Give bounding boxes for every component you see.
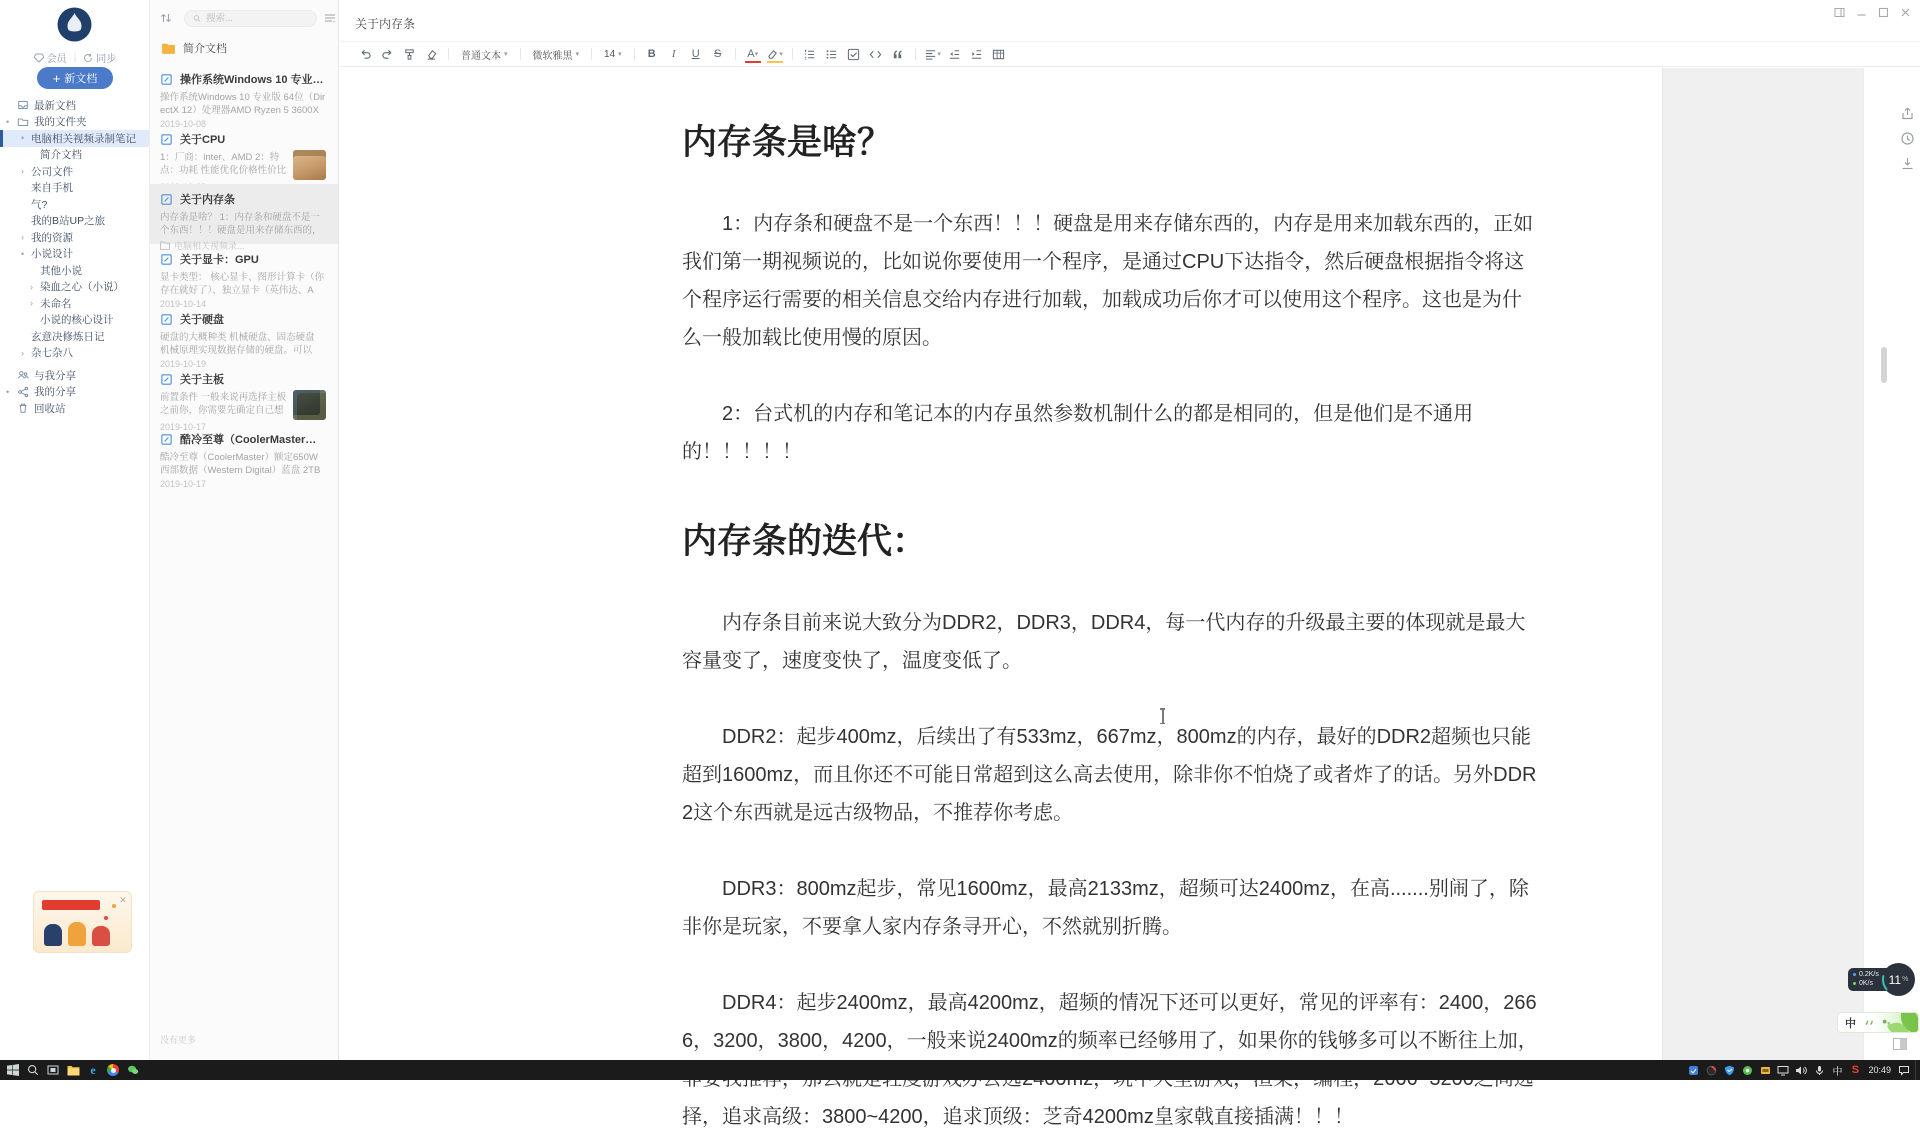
chevron-right-icon[interactable]: ›	[30, 298, 33, 308]
chevron-right-icon[interactable]: ›	[30, 282, 33, 292]
plus-icon: +	[53, 72, 61, 85]
tray-green-app-icon[interactable]	[1740, 1063, 1754, 1077]
inbox-icon	[17, 99, 29, 111]
usage-arc-icon	[1882, 963, 1915, 996]
undo-button[interactable]	[356, 45, 374, 63]
share-document-icon[interactable]	[1900, 106, 1915, 121]
doc-paragraph: DDR3：800mz起步，常见1600mz，最高2133mz，超频可达2400m…	[682, 870, 1538, 946]
chevron-down-icon: ▾	[618, 50, 622, 58]
search-icon	[193, 14, 201, 23]
document-page[interactable]: 内存条是啥？ 1：内存条和硬盘不是一个东西！！！硬盘是用来存储东西的，内存是用来…	[340, 68, 1662, 1060]
chevron-down-icon: ▾	[779, 50, 783, 58]
diamond-icon	[34, 53, 44, 63]
note-item-windows[interactable]: 操作系统Windows 10 专业版 64位（Dire... 操作系统Windo…	[150, 64, 338, 124]
expander-icon[interactable]: •	[21, 133, 24, 143]
chevron-right-icon[interactable]: ›	[21, 232, 24, 242]
list-footer: 没有更多	[160, 1033, 196, 1046]
tray-security-shield-icon[interactable]	[1722, 1063, 1736, 1077]
sidebar-item-bloodstained-heart[interactable]: › 染血之心（小说）	[0, 279, 149, 296]
chevron-down-icon: ▾	[576, 50, 580, 58]
note-item-cpu[interactable]: 关于CPU 1：厂商：inter、AMD 2：特点：功耗 性能优化价格性价比 i…	[150, 124, 338, 184]
people-icon	[17, 369, 29, 381]
volume-icon[interactable]	[1794, 1063, 1808, 1077]
sidebar-item-novel-core-design[interactable]: 小说的核心设计	[0, 312, 149, 329]
tray-yellow-app-icon[interactable]	[1758, 1063, 1772, 1077]
folder-icon	[162, 43, 175, 54]
ime-mode-button[interactable]: 中	[1845, 1015, 1856, 1031]
sidebar-item-qi[interactable]: 气?	[0, 196, 149, 213]
sidebar-item-my-folders[interactable]: • 我的文件夹	[0, 114, 149, 131]
divider	[915, 48, 916, 60]
upload-speed: 0.2K/s	[1859, 971, 1879, 978]
code-icon[interactable]	[867, 45, 885, 63]
italic-button[interactable]: I	[665, 45, 683, 63]
wechat-icon[interactable]	[126, 1063, 141, 1078]
note-list-toolbar	[150, 9, 338, 27]
quote-icon[interactable]	[889, 45, 907, 63]
sidebar-item-my-resources[interactable]: › 我的资源	[0, 229, 149, 246]
account-bar: 会员 | 同步	[0, 50, 150, 65]
member-button[interactable]: 会员	[34, 50, 67, 65]
search-input[interactable]	[206, 13, 308, 24]
note-item-gpu[interactable]: 关于显卡：GPU 显卡类型： 核心显卡、图形计算卡（你存在就好了）、独立显卡（英…	[150, 244, 338, 304]
folder-icon	[17, 116, 29, 128]
edge-browser-icon[interactable]: e	[86, 1063, 101, 1078]
promo-confetti	[112, 904, 116, 908]
tray-app-blue-icon[interactable]	[1686, 1063, 1700, 1077]
ime-punctuation-icon[interactable]	[1863, 1017, 1874, 1028]
start-button[interactable]	[6, 1063, 21, 1078]
layout-icon[interactable]	[1833, 6, 1846, 19]
doc-paragraph: 2：台式机的内存和笔记本的内存虽然参数机制什么的都是相同的，但是他们是不通用的！…	[682, 395, 1538, 471]
sidebar-item-shared-with-me[interactable]: 与我分享	[0, 367, 149, 384]
table-icon[interactable]	[990, 45, 1008, 63]
expander-icon[interactable]: •	[21, 249, 24, 259]
divider	[591, 48, 592, 60]
document-title: 关于内存条	[355, 15, 415, 32]
chevron-down-icon: ▾	[504, 50, 508, 58]
sidebar-item-computer-video-notes[interactable]: • 电脑相关视频录制笔记	[0, 130, 149, 147]
new-document-label: 新文档	[64, 70, 97, 86]
sogou-input-icon[interactable]: S	[1848, 1063, 1862, 1077]
promo-banner[interactable]: ✕	[33, 891, 132, 953]
expander-icon[interactable]: •	[6, 117, 9, 127]
ordered-list-icon[interactable]	[801, 45, 819, 63]
chevron-right-icon[interactable]: ›	[21, 348, 24, 358]
promo-character	[92, 926, 110, 946]
sidebar-item-intro-docs[interactable]: 简介文档	[0, 147, 149, 164]
editor-toolbar: 普通文本 ▾ 微软雅黑 ▾ 14 ▾ B I U S A▾ ▾ ▾	[340, 42, 1920, 67]
promo-character	[44, 924, 62, 946]
doc-paragraph: 内存条目前来说大致分为DDR2，DDR3，DDR4，每一代内存的升级最主要的体现…	[682, 604, 1538, 680]
taskbar-clock[interactable]: 20:49	[1868, 1065, 1891, 1075]
tray-player-icon[interactable]	[1704, 1063, 1718, 1077]
promo-ribbon	[42, 900, 100, 910]
close-icon[interactable]: ✕	[118, 895, 128, 905]
note-list-panel: 简介文档 操作系统Windows 10 专业版 64位（Dire... 操作系统…	[150, 0, 339, 1060]
note-icon	[160, 433, 173, 446]
bold-button[interactable]: B	[643, 45, 661, 63]
sidebar-item-bilibili-up[interactable]: 我的B站UP之旅	[0, 213, 149, 230]
divider	[448, 48, 449, 60]
chevron-down-icon: ▾	[755, 50, 759, 58]
export-icon[interactable]	[1900, 156, 1915, 171]
maximize-icon[interactable]	[1877, 6, 1890, 19]
member-label: 会员	[47, 50, 67, 65]
note-item-motherboard[interactable]: 关于主板 前置条件 一般来说再选择主板之前你，你需要先确定自己想要使用哪个牌子.…	[150, 364, 338, 424]
doc-paragraph: DDR2：起步400mz，后续出了有533mz，667mz，800mz的内存，最…	[682, 718, 1538, 832]
doc-heading-ram-generations: 内存条的迭代：	[682, 517, 1538, 566]
file-explorer-icon[interactable]	[66, 1063, 81, 1078]
doc-heading-what-is-ram: 内存条是啥？	[682, 118, 1538, 167]
note-icon	[160, 373, 173, 386]
format-painter-icon[interactable]	[400, 45, 418, 63]
scrollbar-thumb[interactable]	[1881, 347, 1887, 383]
promo-character	[68, 922, 86, 946]
divider: |	[74, 52, 77, 63]
divider	[520, 48, 521, 60]
minimize-icon[interactable]	[1855, 6, 1868, 19]
ime-toolbar[interactable]: 中	[1837, 1012, 1919, 1033]
sidebar-item-novel-design[interactable]: • 小说设计	[0, 246, 149, 263]
align-icon[interactable]: ▾	[924, 45, 942, 63]
action-center-icon[interactable]	[1897, 1063, 1911, 1077]
note-thumbnail-motherboard	[293, 390, 326, 420]
ime-panel-toggle-icon[interactable]	[1893, 1038, 1907, 1050]
note-icon	[160, 253, 173, 266]
download-dot-icon	[1853, 982, 1856, 985]
share-icon	[17, 386, 29, 398]
sidebar-item-trash[interactable]: 回收站	[0, 400, 149, 417]
paragraph-style-select[interactable]: 普通文本 ▾	[457, 45, 512, 63]
strikethrough-button[interactable]: S	[709, 45, 727, 63]
chevron-right-icon[interactable]: ›	[21, 166, 24, 176]
editor-background	[1662, 68, 1863, 1060]
sidebar-nav: 最新文档 • 我的文件夹 • 电脑相关视频录制笔记 简介文档 › 公司文件 来自…	[0, 97, 149, 417]
ime-language-indicator[interactable]: 中	[1830, 1063, 1844, 1077]
app-logo-icon	[56, 6, 93, 43]
sync-button[interactable]: 同步	[83, 50, 116, 65]
font-color-button[interactable]: A▾	[744, 45, 762, 63]
tray-display-icon[interactable]	[1776, 1063, 1790, 1077]
chrome-browser-icon[interactable]	[106, 1063, 121, 1078]
download-speed: 0K/s	[1859, 980, 1873, 987]
font-family-select[interactable]: 微软雅黑 ▾	[529, 45, 584, 63]
task-view-icon[interactable]	[46, 1063, 61, 1078]
list-options-icon[interactable]	[323, 11, 337, 25]
divider	[735, 48, 736, 60]
right-tool-strip	[1863, 68, 1920, 1060]
clear-format-icon[interactable]	[422, 45, 440, 63]
folder-row-intro-docs[interactable]: 简介文档	[162, 40, 227, 56]
note-item-ram-selected[interactable]: 关于内存条 内存条是啥？ 1：内存条和硬盘不是一个东西！！！硬盘是用来存储东西的…	[150, 184, 338, 244]
upload-dot-icon	[1853, 973, 1856, 976]
redo-button[interactable]	[378, 45, 396, 63]
search-box[interactable]	[184, 10, 317, 27]
sync-icon	[83, 53, 93, 63]
divider	[634, 48, 635, 60]
note-item-hdd[interactable]: 关于硬盘 硬盘的大概种类 机械硬盘、固态硬盘 机械原理实现数据存储的硬盘。可以理…	[150, 304, 338, 364]
note-item-psu[interactable]: 酷冷至尊（CoolerMaster）额定650W 酷冷至尊（CoolerMast…	[150, 424, 338, 484]
show-desktop-button[interactable]	[1915, 1060, 1920, 1080]
note-icon	[160, 133, 173, 146]
note-icon	[160, 193, 173, 206]
indent-icon[interactable]	[968, 45, 986, 63]
sync-label: 同步	[96, 50, 116, 65]
note-thumbnail-cpu-box	[293, 150, 326, 180]
sidebar-item-recent-docs[interactable]: 最新文档	[0, 97, 149, 114]
doc-paragraph: 1：内存条和硬盘不是一个东西！！！硬盘是用来存储东西的，内存是用来加载东西的，正…	[682, 205, 1538, 357]
divider	[792, 48, 793, 60]
document-titlebar: 关于内存条	[340, 0, 1920, 42]
checklist-icon[interactable]	[845, 45, 863, 63]
bullet-list-icon[interactable]	[823, 45, 841, 63]
sort-icon[interactable]	[159, 11, 173, 25]
editor-panel: 关于内存条 普通文本 ▾ 微软雅黑 ▾ 14 ▾ B I U S	[340, 0, 1920, 1060]
note-icon	[160, 313, 173, 326]
expander-icon[interactable]: •	[6, 387, 9, 397]
document-content[interactable]: 内存条是啥？ 1：内存条和硬盘不是一个东西！！！硬盘是用来存储东西的，内存是用来…	[682, 68, 1538, 1080]
sidebar-item-unnamed[interactable]: › 未命名	[0, 295, 149, 312]
close-icon[interactable]	[1899, 6, 1912, 19]
usage-overlay[interactable]: 11%	[1882, 963, 1915, 996]
font-size-select[interactable]: 14 ▾	[600, 45, 626, 63]
search-icon[interactable]	[26, 1063, 41, 1078]
note-icon	[160, 73, 173, 86]
sidebar: 会员 | 同步 + 新文档 最新文档 • 我的文件夹 • 电脑相关视频录制笔记 …	[0, 0, 150, 1060]
microphone-icon[interactable]	[1812, 1063, 1826, 1077]
outdent-icon[interactable]	[946, 45, 964, 63]
window-controls	[1833, 6, 1912, 19]
trash-icon	[17, 402, 29, 414]
sidebar-item-from-phone[interactable]: 来自手机	[0, 180, 149, 197]
sidebar-item-other-novels[interactable]: 其他小说	[0, 262, 149, 279]
promo-confetti	[104, 916, 108, 920]
history-icon[interactable]	[1900, 131, 1915, 146]
chevron-down-icon: ▾	[937, 50, 941, 58]
note-date: 2019-10-17	[160, 479, 206, 489]
sidebar-item-company-files[interactable]: › 公司文件	[0, 163, 149, 180]
sidebar-item-cultivation-diary[interactable]: 玄意决修炼日记	[0, 328, 149, 345]
text-cursor	[1158, 708, 1167, 724]
sidebar-item-misc[interactable]: › 杂七杂八	[0, 345, 149, 362]
new-document-button[interactable]: + 新文档	[37, 67, 113, 89]
highlight-button[interactable]: ▾	[766, 45, 784, 63]
underline-button[interactable]: U	[687, 45, 705, 63]
sidebar-item-my-shares[interactable]: • 我的分享	[0, 384, 149, 401]
windows-taskbar: e 中 S 20:49	[0, 1060, 1920, 1080]
